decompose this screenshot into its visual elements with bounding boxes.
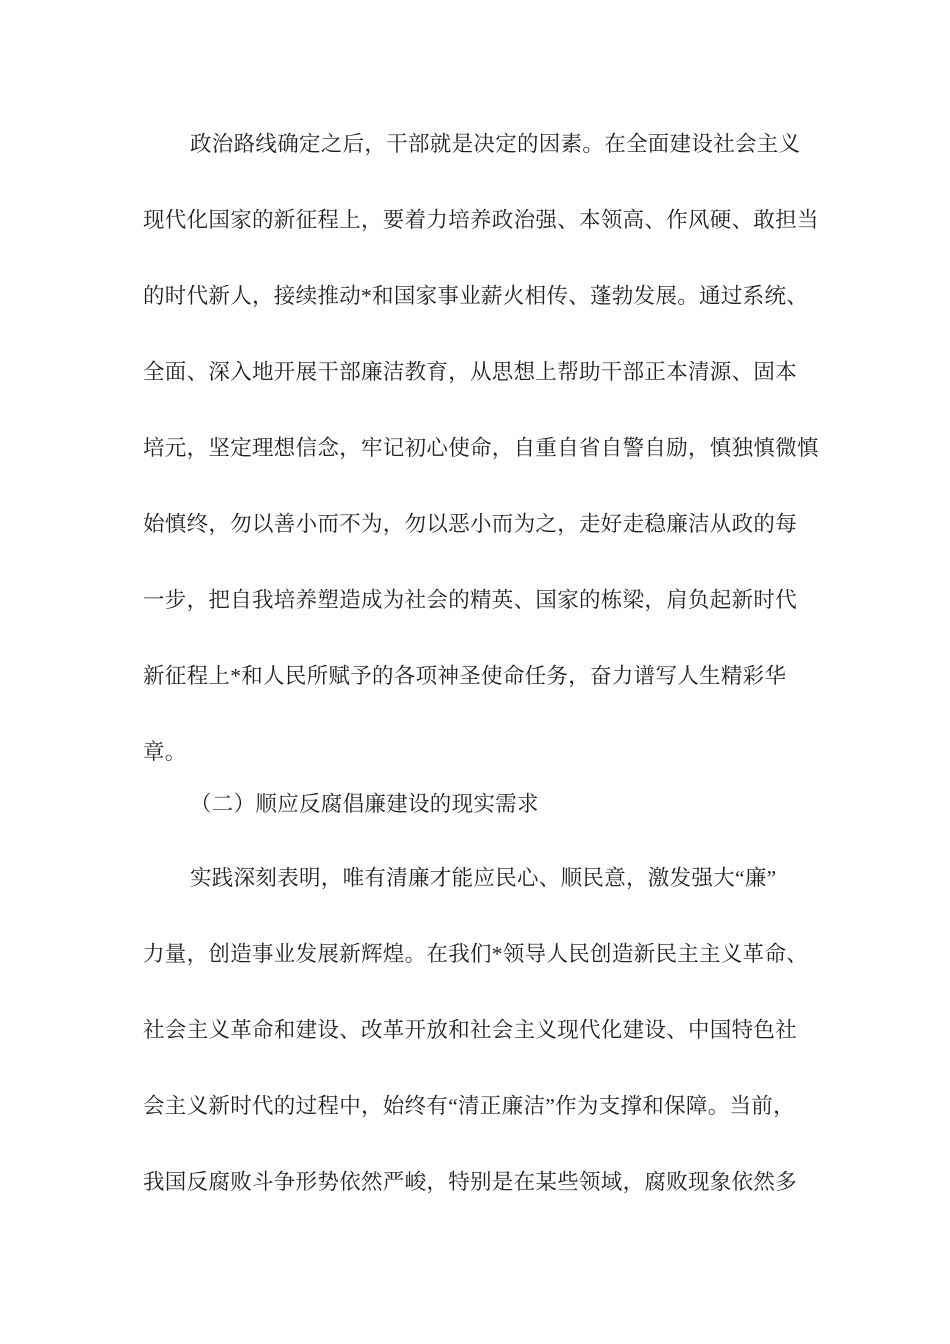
text-line: 政治路线确定之后，干部就是决定的因素。在全面建设社会主义 (143, 106, 820, 182)
text-line: 始慎终，勿以善小而不为，勿以恶小而为之，走好走稳廉洁从政的每 (143, 486, 820, 562)
text-line: 全面、深入地开展干部廉洁教育，从思想上帮助干部正本清源、固本 (143, 334, 820, 410)
text-line: 会主义新时代的过程中，始终有“清正廉洁”作为支撑和保障。当前， (143, 1068, 820, 1144)
text-line: 现代化国家的新征程上，要着力培养政治强、本领高、作风硬、敢担当 (143, 182, 820, 258)
text-line: 一步，把自我培养塑造成为社会的精英、国家的栋梁，肩负起新时代 (143, 562, 820, 638)
document-page: 政治路线确定之后，干部就是决定的因素。在全面建设社会主义现代化国家的新征程上，要… (0, 0, 950, 1344)
text-line: 新征程上*和人民所赋予的各项神圣使命任务，奋力谱写人生精彩华 (143, 638, 820, 714)
text-line: 力量，创造事业发展新辉煌。在我们*领导人民创造新民主主义革命、 (143, 916, 820, 992)
text-line: 培元，坚定理想信念，牢记初心使命，自重自省自警自励，慎独慎微慎 (143, 410, 820, 486)
text-line: 我国反腐败斗争形势依然严峻，特别是在某些领域，腐败现象依然多 (143, 1144, 820, 1220)
text-line: 社会主义革命和建设、改革开放和社会主义现代化建设、中国特色社 (143, 992, 820, 1068)
section-heading: （二）顺应反腐倡廉建设的现实需求 (143, 774, 820, 834)
document-text: 政治路线确定之后，干部就是决定的因素。在全面建设社会主义现代化国家的新征程上，要… (143, 106, 820, 1220)
text-line: 的时代新人，接续推动*和国家事业薪火相传、蓬勃发展。通过系统、 (143, 258, 820, 334)
text-line: 实践深刻表明，唯有清廉才能应民心、顺民意，激发强大“廉” (143, 840, 820, 916)
